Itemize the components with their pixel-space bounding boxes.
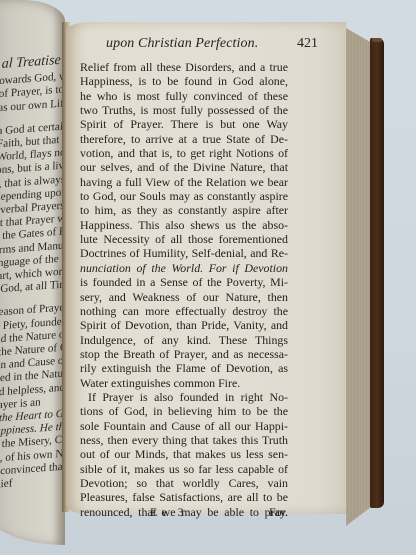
- text-line: Relief from all these Disorders, and a t…: [80, 60, 288, 74]
- text-line: rily extinguish the Flame of Devotion, a…: [80, 361, 288, 375]
- text-line: nunciation of the World. For if Devotion: [80, 261, 288, 275]
- text-line: having a full View of the Relation we be…: [80, 175, 288, 189]
- text-line: Water extinguishes common Fire.: [80, 376, 288, 390]
- text-line: Happiness. This also shews us the abso-: [80, 218, 288, 232]
- text-line: stop the Breath of Prayer, and as necess…: [80, 347, 288, 361]
- text-line: two Truths, is most fully possessed of t…: [80, 103, 288, 117]
- text-line: lute Necessity of all those forementione…: [80, 232, 288, 246]
- text-line: to God, our Souls may as constantly aspi…: [80, 189, 288, 203]
- text-line: sible of it, makes us so far less capabl…: [80, 462, 288, 476]
- text-line: Pleasures, false Satisfactions, are all …: [80, 490, 288, 504]
- left-running-head: al Treatise: [2, 53, 65, 71]
- catchword: For.: [269, 505, 288, 520]
- book-photo: al Treatise owards God, which of Prayer,…: [0, 0, 416, 555]
- text-line: therefore, to arrive at a true State of …: [80, 132, 288, 146]
- page-body-text: Relief from all these Disorders, and a t…: [80, 60, 288, 519]
- text-line: our selves, and of the Divine Nature, th…: [80, 160, 288, 174]
- running-head-title: upon Christian Perfection.: [106, 36, 258, 52]
- right-page: upon Christian Perfection. 421 Relief fr…: [66, 22, 346, 514]
- text-line: tions of God, in believing him to be the: [80, 404, 288, 418]
- text-line: to him, as they as constantly aspire aft…: [80, 203, 288, 217]
- text-line: If Prayer is also founded in right No-: [80, 390, 288, 404]
- text-line: Happiness, is to be found in God alone,: [80, 74, 288, 88]
- page-footer: Ee 3 For.: [80, 505, 288, 519]
- text-line: votion, and that is, to get right Notion…: [80, 146, 288, 160]
- left-page-text: al Treatise owards God, which of Prayer,…: [0, 53, 65, 493]
- text-line: Indulgence, of any kind. These Things: [80, 333, 288, 347]
- page-number: 421: [297, 36, 318, 52]
- text-line: he who is most fully convinced of these: [80, 89, 288, 103]
- text-line: Spirit of Devotion, than Pride, Vanity, …: [80, 318, 288, 332]
- text-line: sole Fountain and Cause of all our Happi…: [80, 419, 288, 433]
- leather-cover: [370, 38, 384, 508]
- text-line: ness, then every thing that takes this T…: [80, 433, 288, 447]
- text-line: Spirit of Prayer. There is but one Way: [80, 117, 288, 131]
- text-line: sery, and Weakness of our Nature, then: [80, 290, 288, 304]
- text-line: Doctrines of Humility, Self-denial, and …: [80, 246, 288, 260]
- cover-corner: [372, 38, 382, 42]
- text-line: nothing can more effectually destroy the: [80, 304, 288, 318]
- text-line: is founded in a Sense of the Poverty, Mi…: [80, 275, 288, 289]
- text-line: Relief: [0, 474, 55, 492]
- text-line: Devotion; so that worldly Cares, vain: [80, 476, 288, 490]
- text-line: out of our Minds, that makes us less sen…: [80, 447, 288, 461]
- page-fore-edge: [346, 28, 372, 526]
- left-page: al Treatise owards God, which of Prayer,…: [0, 0, 65, 545]
- running-head: upon Christian Perfection. 421: [106, 36, 318, 52]
- signature-mark: Ee 3: [150, 505, 188, 520]
